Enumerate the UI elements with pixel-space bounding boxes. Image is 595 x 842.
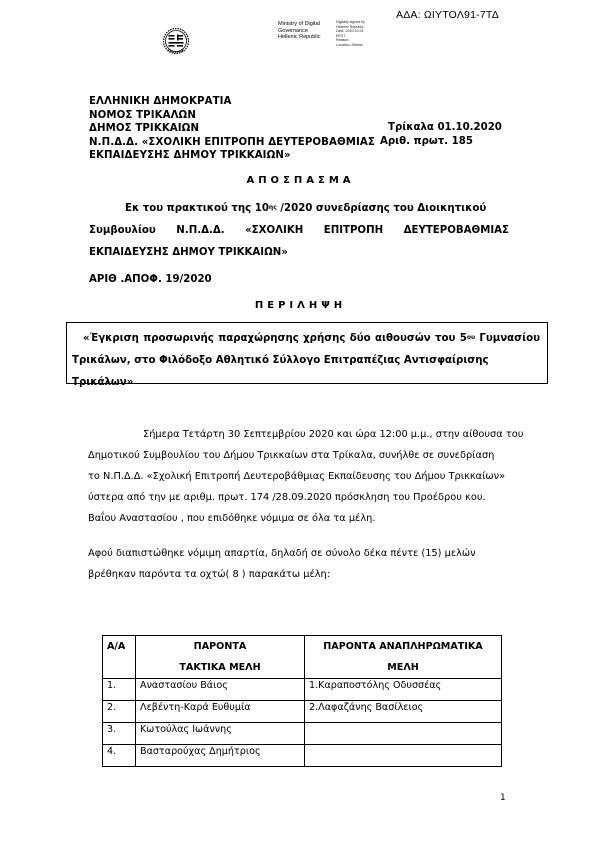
header-text: ΠΑΡΟΝΤΑ ΑΝΑΠΛΗΡΩΜΑΤΙΚΑ [309,636,497,657]
extract-text: /2020 συνεδρίασης του Διοικητικού [277,203,486,214]
regular-member: Βασταρούχας Δημήτριος [136,745,305,767]
table-row: 2. Λεβέντη-Καρά Ευθυμία 2.Λαφαζάνης Βασί… [103,701,502,723]
row-number: 3. [103,723,136,745]
table-row: 4. Βασταρούχας Δημήτριος [103,745,502,767]
table-header-row: Α/Α ΠΑΡΟΝΤΑ ΤΑΚΤΙΚΑ ΜΕΛΗ ΠΑΡΟΝΤΑ ΑΝΑΠΛΗΡ… [103,636,502,679]
body-line: Βαΐου Αναστασίου , που επιδόθηκε νόμιμα … [88,508,520,529]
decision-number: ΑΡΙΘ .ΑΠΟΦ. 19/2020 [89,274,212,285]
row-number: 4. [103,745,136,767]
body-line: Σήμερα Τετάρτη 30 Σεπτεμβρίου 2020 και ώ… [88,424,520,445]
header-alternate-members: ΠΑΡΟΝΤΑ ΑΝΑΠΛΗΡΩΜΑΤΙΚΑ ΜΕΛΗ [305,636,502,679]
page-number: 1 [500,793,505,803]
body-line: βρέθηκαν παρόντα τα οχτώ( 8 ) παρακάτω μ… [88,564,520,585]
body-paragraph-2: Αφού διαπιστώθηκε νόμιμη απαρτία, δηλαδή… [88,543,520,585]
ada-code: ΑΔΑ: ΩΙΥΤΟΛ91-7ΤΔ [396,9,499,21]
summary-word: 5ου [460,328,475,350]
signature-line: Location: Athens [336,43,365,48]
ministry-line-1: Ministry of Digital [278,21,321,28]
ministry-line-3: Hellenic Republic [278,34,321,41]
regular-member: Λεβέντη-Καρά Ευθυμία [136,701,305,723]
extract-paragraph: Εκ του πρακτικού της 10ης /2020 συνεδρία… [89,198,509,264]
extract-word: Συμβουλίου [89,220,156,242]
summary-word: «Έγκριση [83,328,139,350]
body-paragraph-1: Σήμερα Τετάρτη 30 Σεπτεμβρίου 2020 και ώ… [88,424,520,529]
letterhead: ΕΛΛΗΝΙΚΗ ΔΗΜΟΚΡΑΤΙΑ ΝΟΜΟΣ ΤΡΙΚΑΛΩΝ ΔΗΜΟΣ… [89,95,375,163]
extract-word: «ΣΧΟΛΙΚΗ [245,220,303,242]
letterhead-line: Ν.Π.Δ.Δ. «ΣΧΟΛΙΚΗ ΕΠΙΤΡΟΠΗ ΔΕΥΤΕΡΟΒΑΘΜΙΑ… [89,136,375,150]
summary-line-2: Τρικάλων, στο Φιλόδοξο Αθλητικό Σύλλογο … [72,350,540,394]
header-regular-members: ΠΑΡΟΝΤΑ ΤΑΚΤΙΚΑ ΜΕΛΗ [136,636,305,679]
extract-title: ΑΠΟΣΠΑΣΜΑ [0,175,595,186]
hellenic-emblem-icon [162,27,190,55]
table-row: 3. Κωτούλας Ιωάννης [103,723,502,745]
extract-line-1-text: Εκ του πρακτικού της 10ης /2020 συνεδρία… [89,198,486,220]
extract-text: Εκ του πρακτικού της 10 [125,203,269,214]
body-line: Αφού διαπιστώθηκε νόμιμη απαρτία, δηλαδή… [88,543,520,564]
header-text: ΠΑΡΟΝΤΑ [140,636,300,657]
summary-word: δύο [350,328,371,350]
regular-member: Κωτούλας Ιωάννης [136,723,305,745]
letterhead-line: ΕΚΠΑΙΔΕΥΣΗΣ ΔΗΜΟΥ ΤΡΙΚΚΑΙΩΝ» [89,149,375,163]
document-date: Τρίκαλα 01.10.2020 [388,122,502,133]
table-row: 1. Αναστασίου Βάιος 1.Καραποστόλης Οδυσσ… [103,679,502,701]
header-text: ΜΕΛΗ [309,657,497,678]
row-number: 1. [103,679,136,701]
signature-line: Digitally signed by [336,20,365,25]
alternate-member: 2.Λαφαζάνης Βασίλειος [305,701,502,723]
summary-text: «Έγκριση προσωρινής παραχώρησης χρήσης δ… [72,328,540,394]
body-line: το Ν.Π.Δ.Δ. «Σχολική Επιτροπή Δευτεροβάθ… [88,466,520,487]
extract-word: ΕΠΙΤΡΟΠΗ [324,220,383,242]
header-aa: Α/Α [103,636,136,679]
summary-word: αιθουσών [375,328,431,350]
ordinal-suffix: ου [467,334,475,341]
summary-word: προσωρινής [143,328,214,350]
ordinal-suffix: ης [269,204,277,211]
summary-word: του [435,328,455,350]
school-number: 5 [460,333,467,344]
summary-line-1: «Έγκριση προσωρινής παραχώρησης χρήσης δ… [72,328,540,350]
alternate-member [305,745,502,767]
summary-title: ΠΕΡΙΛΗΨΗ [0,300,595,311]
body-line: Δημοτικού Συμβουλίου του Δήμου Τρικκαίων… [88,445,520,466]
alternate-member [305,723,502,745]
extract-line-3: ΕΚΠΑΙΔΕΥΣΗΣ ΔΗΜΟΥ ΤΡΙΚΚΑΙΩΝ» [89,242,509,264]
extract-line-2: Συμβουλίου Ν.Π.Δ.Δ. «ΣΧΟΛΙΚΗ ΕΠΙΤΡΟΠΗ ΔΕ… [89,220,509,242]
summary-word: χρήσης [303,328,345,350]
summary-word: Γυμνασίου [479,328,540,350]
body-line: ύστερα από την με αριθμ. πρωτ. 174 /28.0… [88,487,520,508]
letterhead-line: ΔΗΜΟΣ ΤΡΙΚΚΑΙΩΝ [89,122,375,136]
digital-signature-text: Digitally signed by Hellenic Republic Da… [336,20,365,48]
extract-word: ΔΕΥΤΕΡΟΒΑΘΜΙΑΣ [404,220,509,242]
ministry-label: Ministry of Digital Governance Hellenic … [278,21,321,41]
protocol-number: Αριθ. πρωτ. 185 [380,136,473,147]
members-table: Α/Α ΠΑΡΟΝΤΑ ΤΑΚΤΙΚΑ ΜΕΛΗ ΠΑΡΟΝΤΑ ΑΝΑΠΛΗΡ… [102,635,502,767]
alternate-member: 1.Καραποστόλης Οδυσσέας [305,679,502,701]
letterhead-line: ΝΟΜΟΣ ΤΡΙΚΑΛΩΝ [89,109,375,123]
summary-word: παραχώρησης [218,328,299,350]
extract-word: Ν.Π.Δ.Δ. [176,220,224,242]
letterhead-line: ΕΛΛΗΝΙΚΗ ΔΗΜΟΚΡΑΤΙΑ [89,95,375,109]
regular-member: Αναστασίου Βάιος [136,679,305,701]
extract-line-1: Εκ του πρακτικού της 10ης /2020 συνεδρία… [89,198,509,220]
header-text: ΤΑΚΤΙΚΑ ΜΕΛΗ [140,657,300,678]
row-number: 2. [103,701,136,723]
